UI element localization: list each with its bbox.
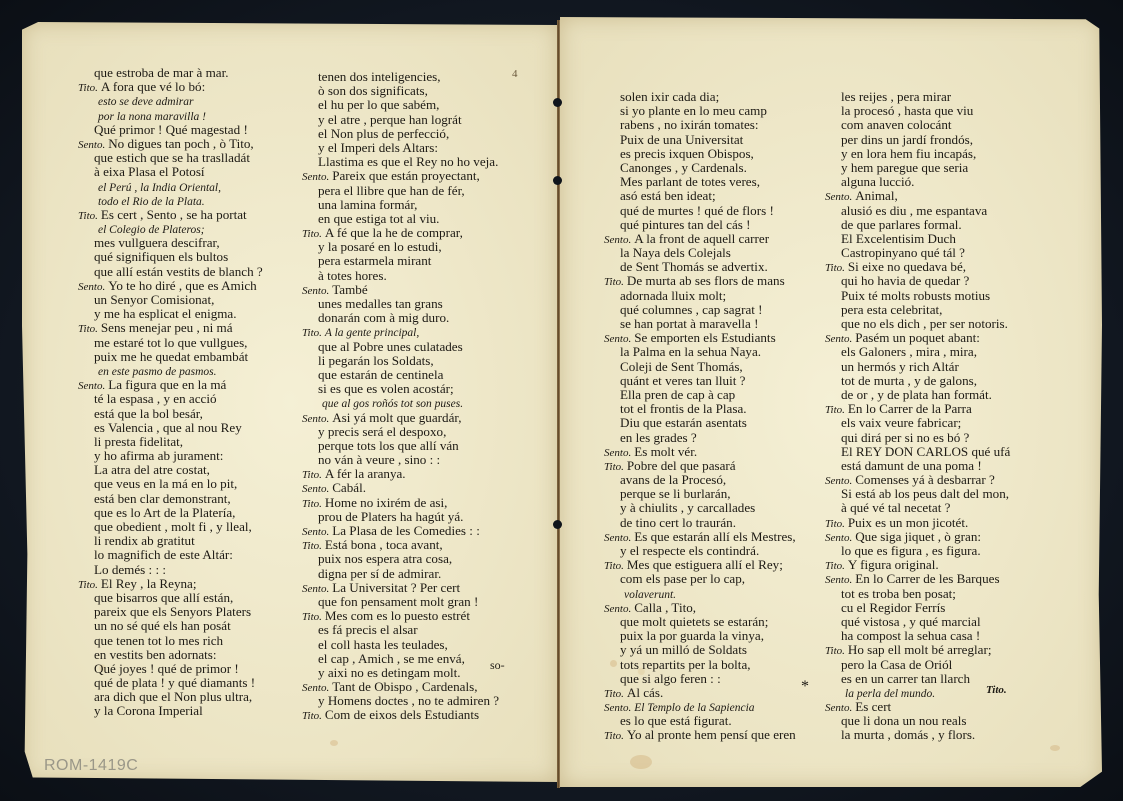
speaker-label: Sento.	[604, 603, 631, 615]
verse-line: de que parlares formal.	[825, 218, 1010, 232]
verse-line: qué signifiquen els bultos	[78, 250, 263, 264]
verse-text: la Palma en la sehua Naya.	[620, 344, 761, 359]
verse-line: ha compost la sehua casa !	[825, 629, 1010, 643]
verse-text: que tenen tot lo mes rich	[94, 633, 223, 648]
verse-text: que bisarros que allí están,	[94, 590, 233, 605]
verse-text: un hermós y rich Altár	[841, 359, 959, 374]
verse-line: quánt et veres tan lluit ?	[604, 374, 796, 388]
verse-line: la Naya dels Colejals	[604, 246, 796, 260]
verse-text: Es que estarán allí els Mestres,	[634, 529, 795, 544]
verse-text: Es cert	[855, 699, 891, 714]
verse-line: pera esta celebritat,	[825, 303, 1010, 317]
verse-text: una lamina formár,	[318, 197, 417, 212]
verse-line: lo magnifich de este Altár:	[78, 548, 263, 562]
verse-text: asó está ben ideat;	[620, 188, 716, 203]
verse-text: perque tots los que allí ván	[318, 438, 459, 453]
verse-line: Sento.Es que estarán allí els Mestres,	[604, 530, 796, 544]
verse-text: Animal,	[855, 188, 898, 203]
speaker-label: Tito.	[604, 730, 624, 742]
verse-line: qui ho havia de quedar ?	[825, 274, 1010, 288]
text-column-right-2: les reijes , pera mirarla procesó , hast…	[825, 90, 1010, 743]
verse-line: por la nona maravilla !	[78, 109, 263, 123]
verse-text: La figura que en la má	[108, 377, 226, 392]
verse-text: de que parlares formal.	[841, 217, 962, 232]
verse-text: es en un carrer tan llarch	[841, 671, 970, 686]
speaker-label: Sento.	[78, 139, 105, 151]
verse-text: Puix de una Universitat	[620, 132, 743, 147]
verse-text: la perla del mundo.	[845, 688, 935, 700]
speaker-label: Tito.	[78, 210, 98, 222]
verse-text: El Excelentisim Duch	[841, 231, 956, 246]
verse-text: todo el Rio de la Plata.	[98, 196, 205, 208]
verse-line: y ho afirma ab jurament:	[78, 449, 263, 463]
verse-text: Canonges , y Cardenals.	[620, 160, 747, 175]
catchword-left: so-	[490, 658, 505, 673]
verse-text: me estaré tot lo que vullgues,	[94, 335, 247, 350]
verse-line: que no els dich , per ser notoris.	[825, 317, 1010, 331]
verse-line: Sento.Es molt vér.	[604, 445, 796, 459]
verse-line: esto se deve admirar	[78, 94, 263, 108]
verse-line: pera estarmela mirant	[302, 254, 499, 268]
verse-text: El REY DON CARLOS qué ufá	[841, 444, 1010, 459]
speaker-label: Sento.	[78, 281, 105, 293]
verse-line: y aixi no es detingam molt.	[302, 666, 499, 680]
verse-line: la perla del mundo.	[825, 686, 1010, 700]
speaker-label: Sento.	[302, 526, 329, 538]
verse-text: qui ho havia de quedar ?	[841, 273, 969, 288]
verse-line: Mes parlant de totes veres,	[604, 175, 796, 189]
verse-line: Tito.Si eixe no quedava bé,	[825, 260, 1010, 274]
verse-text: els vaix veure fabricar;	[841, 415, 961, 430]
verse-text: que fon pensament molt gran !	[318, 594, 478, 609]
speaker-label: Tito.	[302, 228, 322, 240]
verse-line: Qué primor ! Qué magestad !	[78, 123, 263, 137]
speaker-label: Tito.	[302, 710, 322, 722]
verse-text: Si eixe no quedava bé,	[848, 259, 966, 274]
verse-line: Tito.Ho sap ell molt bé arreglar;	[825, 643, 1010, 657]
verse-text: pera esta celebritat,	[841, 302, 942, 317]
verse-text: Qué primor ! Qué magestad !	[94, 122, 248, 137]
verse-line: y hem paregue que seria	[825, 161, 1010, 175]
verse-line: li presta fidelitat,	[78, 435, 263, 449]
verse-text: que allí están vestits de blanch ?	[94, 264, 263, 279]
verse-line: Tito.A fora que vé lo bó:	[78, 80, 263, 94]
verse-text: Si está ab los peus dalt del mon,	[841, 486, 1009, 501]
verse-line: Sento.Yo te ho diré , que es Amich	[78, 279, 263, 293]
verse-text: Asi yá molt que guardár,	[332, 410, 461, 425]
verse-text: y me ha esplicat el enigma.	[94, 306, 237, 321]
verse-line: qué vistosa , y qué marcial	[825, 615, 1010, 629]
verse-text: tots repartits per la bolta,	[620, 657, 751, 672]
verse-line: Tito.Sens menejar peu , ni má	[78, 321, 263, 335]
verse-line: ara dich que el Non plus ultra,	[78, 690, 263, 704]
verse-line: adornada lluix molt;	[604, 289, 796, 303]
verse-line: alguna lucció.	[825, 175, 1010, 189]
verse-line: Tito.Yo al pronte hem pensí que eren	[604, 728, 796, 742]
verse-line: en que estiga tot al viu.	[302, 212, 499, 226]
verse-text: que al Pobre unes culatades	[318, 339, 463, 354]
verse-text: el coll hasta les teulades,	[318, 637, 448, 652]
verse-text: el Perú , la India Oriental,	[98, 182, 221, 194]
verse-line: ò son dos significats,	[302, 84, 499, 98]
verse-line: es fá precis el alsar	[302, 623, 499, 637]
verse-text: Mes com es lo puesto estrét	[325, 608, 470, 623]
verse-line: La atra del atre costat,	[78, 463, 263, 477]
verse-line: que estarán de centinela	[302, 368, 499, 382]
speaker-label: Tito.	[302, 498, 322, 510]
verse-line: pareix que els Senyors Platers	[78, 605, 263, 619]
verse-text: donarán com à mig duro.	[318, 310, 449, 325]
verse-line: per dins un jardí frondós,	[825, 133, 1010, 147]
verse-text: que obedient , molt fi , y lleal,	[94, 519, 252, 534]
verse-line: Sento.La figura que en la má	[78, 378, 263, 392]
verse-text: qué de plata ! y qué diamants !	[94, 675, 255, 690]
speaker-label: Sento.	[825, 574, 852, 586]
verse-line: unes medalles tan grans	[302, 297, 499, 311]
verse-line: Sento.Animal,	[825, 189, 1010, 203]
verse-line: no ván à veure , sino : :	[302, 453, 499, 467]
verse-text: está ben clar demonstrant,	[94, 491, 231, 506]
verse-line: à qué vé tal necetat ?	[825, 501, 1010, 515]
verse-text: y la Corona Imperial	[94, 703, 203, 718]
verse-line: Castropinyano qué tál ?	[825, 246, 1010, 260]
verse-line: en este pasmo de pasmos.	[78, 364, 263, 378]
verse-text: esto se deve admirar	[98, 96, 194, 108]
verse-text: no ván à veure , sino : :	[318, 452, 440, 467]
verse-text: que estich que se ha traslladát	[94, 150, 250, 165]
speaker-label: Sento.	[604, 447, 631, 459]
verse-line: que al Pobre unes culatades	[302, 340, 499, 354]
verse-line: todo el Rio de la Plata.	[78, 194, 263, 208]
verse-line: está damunt de una poma !	[825, 459, 1010, 473]
verse-text: si es que es volen acostár;	[318, 381, 454, 396]
foxing-stain	[630, 755, 652, 769]
verse-text: per dins un jardí frondós,	[841, 132, 973, 147]
verse-line: en les grades ?	[604, 431, 796, 445]
speaker-label: Tito.	[604, 276, 624, 288]
verse-text: puix nos espera atra cosa,	[318, 551, 452, 566]
verse-line: tot es troba ben posat;	[825, 587, 1010, 601]
page-number: 4	[512, 68, 518, 80]
verse-text: en este pasmo de pasmos.	[98, 366, 217, 378]
verse-text: que estroba de mar à mar.	[94, 65, 229, 80]
verse-line: Lo demés : : :	[78, 563, 263, 577]
verse-line: que es lo Art de la Platería,	[78, 506, 263, 520]
verse-line: de Sent Thomás se advertix.	[604, 260, 796, 274]
speaker-label: Tito.	[78, 579, 98, 591]
verse-line: que estroba de mar à mar.	[78, 66, 263, 80]
verse-line: un Senyor Comisionat,	[78, 293, 263, 307]
verse-line: tot el frontis de la Plasa.	[604, 402, 796, 416]
speaker-label: Tito.	[302, 327, 322, 339]
verse-line: les reijes , pera mirar	[825, 90, 1010, 104]
verse-text: A fé que la he de comprar,	[325, 225, 463, 240]
speaker-label: Tito.	[302, 611, 322, 623]
verse-line: digna per sí de admirar.	[302, 567, 499, 581]
verse-line: Sento.No digues tan poch , ò Tito,	[78, 137, 263, 151]
verse-line: com els pase per lo cap,	[604, 572, 796, 586]
verse-text: rabens , no ixirán tomates:	[620, 117, 759, 132]
verse-line: solen ixir cada dia;	[604, 90, 796, 104]
verse-line: té la espasa , y en acció	[78, 392, 263, 406]
verse-line: y el Imperi dels Altars:	[302, 141, 499, 155]
verse-text: pero la Casa de Oriól	[841, 657, 952, 672]
speaker-label: Tito.	[78, 323, 98, 335]
verse-line: y Homens doctes , no te admiren ?	[302, 694, 499, 708]
verse-text: y aixi no es detingam molt.	[318, 665, 461, 680]
verse-text: pareix que els Senyors Platers	[94, 604, 251, 619]
verse-line: y yá un milló de Soldats	[604, 643, 796, 657]
verse-text: els Galoners , mira , mira,	[841, 344, 977, 359]
verse-line: asó está ben ideat;	[604, 189, 796, 203]
speaker-label: Sento.	[302, 583, 329, 595]
verse-text: y yá un milló de Soldats	[620, 642, 747, 657]
speaker-label: Tito.	[604, 560, 624, 572]
verse-line: qué de murtes ! qué de flors !	[604, 204, 796, 218]
verse-text: y el atre , perque han lográt	[318, 112, 462, 127]
verse-text: es precis ixquen Obispos,	[620, 146, 754, 161]
verse-text: solen ixir cada dia;	[620, 89, 719, 104]
verse-text: à qué vé tal necetat ?	[841, 500, 950, 515]
verse-text: avans de la Procesó,	[620, 472, 726, 487]
verse-line: que bisarros que allí están,	[78, 591, 263, 605]
speaker-label: Sento.	[604, 532, 631, 544]
verse-text: Coleji de Sent Thomás,	[620, 359, 743, 374]
verse-text: la murta , domás , y flors.	[841, 727, 975, 742]
verse-text: li rendix ab gratitut	[94, 533, 195, 548]
verse-text: Puix es un mon jicotét.	[848, 515, 968, 530]
verse-line: Sento.Calla , Tito,	[604, 601, 796, 615]
verse-line: à totes hores.	[302, 269, 499, 283]
verse-line: Diu que estarán asentats	[604, 416, 796, 430]
verse-line: me estaré tot lo que vullgues,	[78, 336, 263, 350]
verse-line: puix nos espera atra cosa,	[302, 552, 499, 566]
verse-line: donarán com à mig duro.	[302, 311, 499, 325]
verse-text: cu el Regidor Ferrís	[841, 600, 945, 615]
verse-text: por la nona maravilla !	[98, 111, 206, 123]
verse-text: qué signifiquen els bultos	[94, 249, 228, 264]
speaker-label: Sento.	[825, 532, 852, 544]
verse-text: adornada lluix molt;	[620, 288, 726, 303]
catchword-right: Tito.	[986, 684, 1007, 696]
verse-line: rabens , no ixirán tomates:	[604, 118, 796, 132]
verse-line: si es que es volen acostár;	[302, 382, 499, 396]
verse-text: en les grades ?	[620, 430, 697, 445]
verse-line: que al gos roñós tot son puses.	[302, 396, 499, 410]
verse-text: un Senyor Comisionat,	[94, 292, 214, 307]
verse-line: y el atre , perque han lográt	[302, 113, 499, 127]
verse-text: li pegarán los Soldats,	[318, 353, 434, 368]
stitch-hole	[553, 98, 562, 107]
verse-line: Sento.En lo Carrer de les Barques	[825, 572, 1010, 586]
speaker-label: Tito.	[825, 645, 845, 657]
verse-text: Puix té molts robusts motius	[841, 288, 990, 303]
verse-text: ara dich que el Non plus ultra,	[94, 689, 252, 704]
verse-text: y hem paregue que seria	[841, 160, 968, 175]
verse-text: puix la por guarda la vinya,	[620, 628, 764, 643]
verse-text: la procesó , hasta que viu	[841, 103, 973, 118]
verse-line: y el respecte els contindrá.	[604, 544, 796, 558]
verse-text: el Non plus de perfecció,	[318, 126, 449, 141]
verse-text: y ho afirma ab jurament:	[94, 448, 223, 463]
speaker-label: Sento.	[604, 702, 631, 714]
verse-text: A la gente principal,	[325, 327, 419, 339]
verse-text: Tant de Obispo , Cardenals,	[332, 679, 477, 694]
verse-text: alusió es diu , me espantava	[841, 203, 987, 218]
verse-text: tot de murta , y de galons,	[841, 373, 977, 388]
verse-text: de or , y de plata han formát.	[841, 387, 992, 402]
verse-text: digna per sí de admirar.	[318, 566, 441, 581]
book-spine	[557, 20, 560, 788]
verse-text: que no els dich , per ser notoris.	[841, 316, 1008, 331]
verse-text: en vestits ben adornats:	[94, 647, 217, 662]
verse-line: Sento.La Universitat ? Per cert	[302, 581, 499, 595]
verse-line: de or , y de plata han formát.	[825, 388, 1010, 402]
verse-text: y el respecte els contindrá.	[620, 543, 759, 558]
verse-line: el coll hasta les teulades,	[302, 638, 499, 652]
verse-text: De murta ab ses flors de mans	[627, 273, 785, 288]
verse-text: En lo Carrer de les Barques	[855, 571, 999, 586]
verse-line: perque se li burlarán,	[604, 487, 796, 501]
verse-text: de tino cert lo traurán.	[620, 515, 736, 530]
speaker-label: Sento.	[302, 413, 329, 425]
verse-text: Calla , Tito,	[634, 600, 696, 615]
verse-line: Sento.Asi yá molt que guardár,	[302, 411, 499, 425]
verse-line: el Non plus de perfecció,	[302, 127, 499, 141]
verse-line: Sento.Que siga jiquet , ò gran:	[825, 530, 1010, 544]
speaker-label: Sento.	[825, 333, 852, 345]
verse-text: de Sent Thomás se advertix.	[620, 259, 768, 274]
speaker-label: Sento.	[302, 483, 329, 495]
verse-text: Comenses yá à desbarrar ?	[855, 472, 995, 487]
verse-line: Si está ab los peus dalt del mon,	[825, 487, 1010, 501]
verse-line: Tito.Puix es un mon jicotét.	[825, 516, 1010, 530]
verse-line: El Excelentisim Duch	[825, 232, 1010, 246]
verse-line: la murta , domás , y flors.	[825, 728, 1010, 742]
verse-line: Tito.Mes que estiguera allí el Rey;	[604, 558, 796, 572]
verse-text: perque se li burlarán,	[620, 486, 731, 501]
verse-line: la Palma en la sehua Naya.	[604, 345, 796, 359]
verse-line: Tito.Pobre del que pasará	[604, 459, 796, 473]
verse-line: Sento.Se emporten els Estudiants	[604, 331, 796, 345]
verse-text: També	[332, 282, 367, 297]
verse-line: Qué joyes ! qué de primor !	[78, 662, 263, 676]
speaker-label: Tito.	[825, 262, 845, 274]
verse-line: la procesó , hasta que viu	[825, 104, 1010, 118]
verse-text: y Homens doctes , no te admiren ?	[318, 693, 499, 708]
verse-text: puix me he quedat embambát	[94, 349, 248, 364]
verse-text: es fá precis el alsar	[318, 622, 418, 637]
verse-text: La Plasa de les Comedies : :	[332, 523, 480, 538]
verse-line: Tito.Mes com es lo puesto estrét	[302, 609, 499, 623]
verse-line: prou de Platers ha hagút yá.	[302, 510, 499, 524]
verse-line: avans de la Procesó,	[604, 473, 796, 487]
verse-line: Sento.Es cert	[825, 700, 1010, 714]
speaker-label: Sento.	[604, 333, 631, 345]
verse-text: es lo que está figurat.	[620, 713, 732, 728]
verse-text: y la posaré en lo estudi,	[318, 239, 442, 254]
verse-text: A la front de aquell carrer	[634, 231, 769, 246]
speaker-label: Sento.	[825, 191, 852, 203]
verse-line: Tito.Está bona , toca avant,	[302, 538, 499, 552]
verse-line: Sento.Pasém un poquet abant:	[825, 331, 1010, 345]
foxing-stain	[330, 740, 338, 746]
verse-text: y el Imperi dels Altars:	[318, 140, 438, 155]
verse-line: es en un carrer tan llarch	[825, 672, 1010, 686]
verse-line: qui dirá per si no es bó ?	[825, 431, 1010, 445]
verse-line: Tito.A fér la aranya.	[302, 467, 499, 481]
verse-text: está que la bol besár,	[94, 406, 203, 421]
speaker-label: Sento.	[302, 682, 329, 694]
verse-text: tenen dos inteligencies,	[318, 69, 441, 84]
speaker-label: Tito.	[825, 518, 845, 530]
verse-line: en vestits ben adornats:	[78, 648, 263, 662]
verse-text: Home no ixirém de asi,	[325, 495, 448, 510]
verse-line: es precis ixquen Obispos,	[604, 147, 796, 161]
verse-line: es Valencia , que al nou Rey	[78, 421, 263, 435]
speaker-label: Tito.	[825, 560, 845, 572]
stitch-hole	[553, 176, 562, 185]
verse-line: Canonges , y Cardenals.	[604, 161, 796, 175]
verse-text: y precis será el despoxo,	[318, 424, 446, 439]
verse-line: el Colegio de Plateros;	[78, 222, 263, 236]
verse-text: Pasém un poquet abant:	[855, 330, 980, 345]
verse-line: Coleji de Sent Thomás,	[604, 360, 796, 374]
verse-line: qué pintures tan del cás !	[604, 218, 796, 232]
verse-text: que si algo feren : :	[620, 671, 721, 686]
verse-text: que estarán de centinela	[318, 367, 443, 382]
verse-line: Tito.Al cás.	[604, 686, 796, 700]
verse-text: No digues tan poch , ò Tito,	[108, 136, 254, 151]
verse-text: A fora que vé lo bó:	[101, 79, 205, 94]
verse-line: Sento.També	[302, 283, 499, 297]
signature-mark: *	[801, 678, 809, 696]
speaker-label: Sento.	[825, 702, 852, 714]
verse-text: se han portat à maravella !	[620, 316, 759, 331]
verse-line: y me ha esplicat el enigma.	[78, 307, 263, 321]
verse-line: Tito.A la gente principal,	[302, 325, 499, 339]
verse-line: Sento.Cabál.	[302, 481, 499, 495]
verse-text: qué vistosa , y qué marcial	[841, 614, 981, 629]
verse-line: y à chiulits , y carcallades	[604, 501, 796, 515]
verse-line: Sento.El Templo de la Sapiencia	[604, 700, 796, 714]
verse-text: à totes hores.	[318, 268, 387, 283]
verse-text: tot es troba ben posat;	[841, 586, 956, 601]
verse-line: Sento.Comenses yá à desbarrar ?	[825, 473, 1010, 487]
verse-text: A fér la aranya.	[325, 466, 406, 481]
speaker-label: Sento.	[302, 285, 329, 297]
verse-text: li presta fidelitat,	[94, 434, 183, 449]
verse-line: mes vullguera descifrar,	[78, 236, 263, 250]
verse-line: el Perú , la India Oriental,	[78, 180, 263, 194]
verse-line: li rendix ab gratitut	[78, 534, 263, 548]
verse-line: com anaven colocánt	[825, 118, 1010, 132]
verse-text: que es lo Art de la Platería,	[94, 505, 235, 520]
verse-text: Lo demés : : :	[94, 562, 166, 577]
verse-text: Mes parlant de totes veres,	[620, 174, 760, 189]
verse-text: com els pase per lo cap,	[620, 571, 745, 586]
verse-line: alusió es diu , me espantava	[825, 204, 1010, 218]
verse-text: Que siga jiquet , ò gran:	[855, 529, 981, 544]
verse-text: un no sé qué els han posát	[94, 618, 231, 633]
verse-text: El Templo de la Sapiencia	[634, 702, 754, 714]
verse-text: si yo plante en lo meu camp	[620, 103, 767, 118]
verse-text: unes medalles tan grans	[318, 296, 443, 311]
verse-text: quánt et veres tan lluit ?	[620, 373, 745, 388]
text-column-left-1: que estroba de mar à mar.Tito.A fora que…	[78, 66, 263, 719]
verse-line: perque tots los que allí ván	[302, 439, 499, 453]
verse-line: Sento.A la front de aquell carrer	[604, 232, 796, 246]
